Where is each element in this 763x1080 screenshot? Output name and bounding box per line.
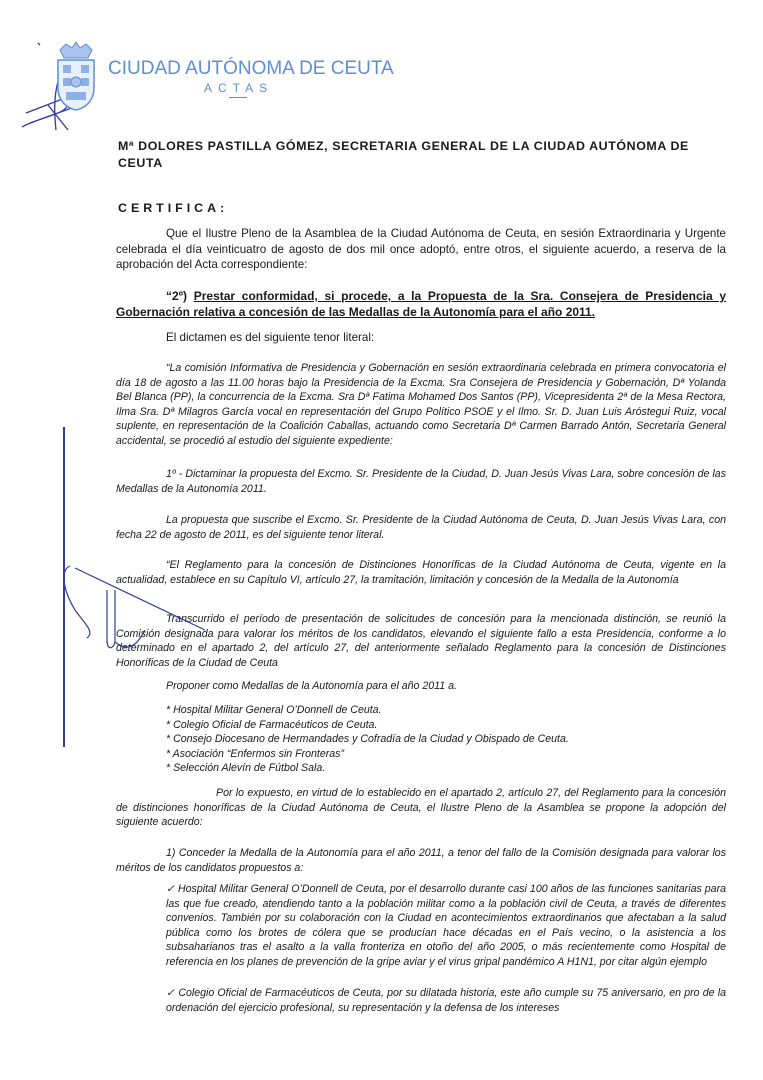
proposal-paragraph: La propuesta que suscribe el Excmo. Sr. … <box>116 513 726 542</box>
regulation-paragraph: “El Reglamento para la concesión de Dist… <box>116 558 726 587</box>
list-item: * Hospital Militar General O’Donnell de … <box>166 703 726 718</box>
commission-paragraph: “La comisión Informativa de Presidencia … <box>116 361 726 449</box>
letterhead: CIUDAD AUTÓNOMA DE CEUTA ACTAS <box>0 0 763 130</box>
section-underline <box>229 97 247 98</box>
section-name: ACTAS <box>204 81 273 95</box>
institution-name: CIUDAD AUTÓNOMA DE CEUTA <box>108 58 394 80</box>
item-1-paragraph: 1º - Dictaminar la propuesta del Excmo. … <box>116 467 726 496</box>
transcurrido-paragraph: Transcurrido el período de presentación … <box>116 612 726 670</box>
agenda-point-number: “2º) <box>166 289 194 303</box>
agenda-point: “2º) Prestar conformidad, si procede, a … <box>116 289 726 320</box>
margin-signature-icon <box>55 560 205 670</box>
list-item: * Colegio Oficial de Farmacéuticos de Ce… <box>166 718 726 733</box>
conceder-paragraph: 1) Conceder la Medalla de la Autonomía p… <box>116 846 726 875</box>
list-item: * Asociación “Enfermos sin Fronteras” <box>166 747 726 762</box>
list-item: * Selección Alevín de Fútbol Sala. <box>166 761 726 776</box>
proponer-paragraph: Proponer como Medallas de la Autonomía p… <box>116 679 726 694</box>
coat-of-arms-icon <box>52 42 100 112</box>
document-title: Mª DOLORES PASTILLA GÓMEZ, SECRETARIA GE… <box>118 138 728 172</box>
certifica-heading: CERTIFICA: <box>118 201 228 215</box>
intro-paragraph: Que el Ilustre Pleno de la Asamblea de l… <box>116 226 726 273</box>
award-colegio: ✓ Colegio Oficial de Farmacéuticos de Ce… <box>166 986 726 1015</box>
candidates-list: * Hospital Militar General O’Donnell de … <box>166 703 726 776</box>
award-hospital: ✓ Hospital Militar General O’Donnell de … <box>166 882 726 970</box>
agenda-point-title: Prestar conformidad, si procede, a la Pr… <box>116 289 726 319</box>
expuesto-paragraph: Por lo expuesto, en virtud de lo estable… <box>116 786 726 830</box>
dictamen-intro: El dictamen es del siguiente tenor liter… <box>116 330 726 346</box>
list-item: * Consejo Diocesano de Hermandades y Cof… <box>166 732 726 747</box>
